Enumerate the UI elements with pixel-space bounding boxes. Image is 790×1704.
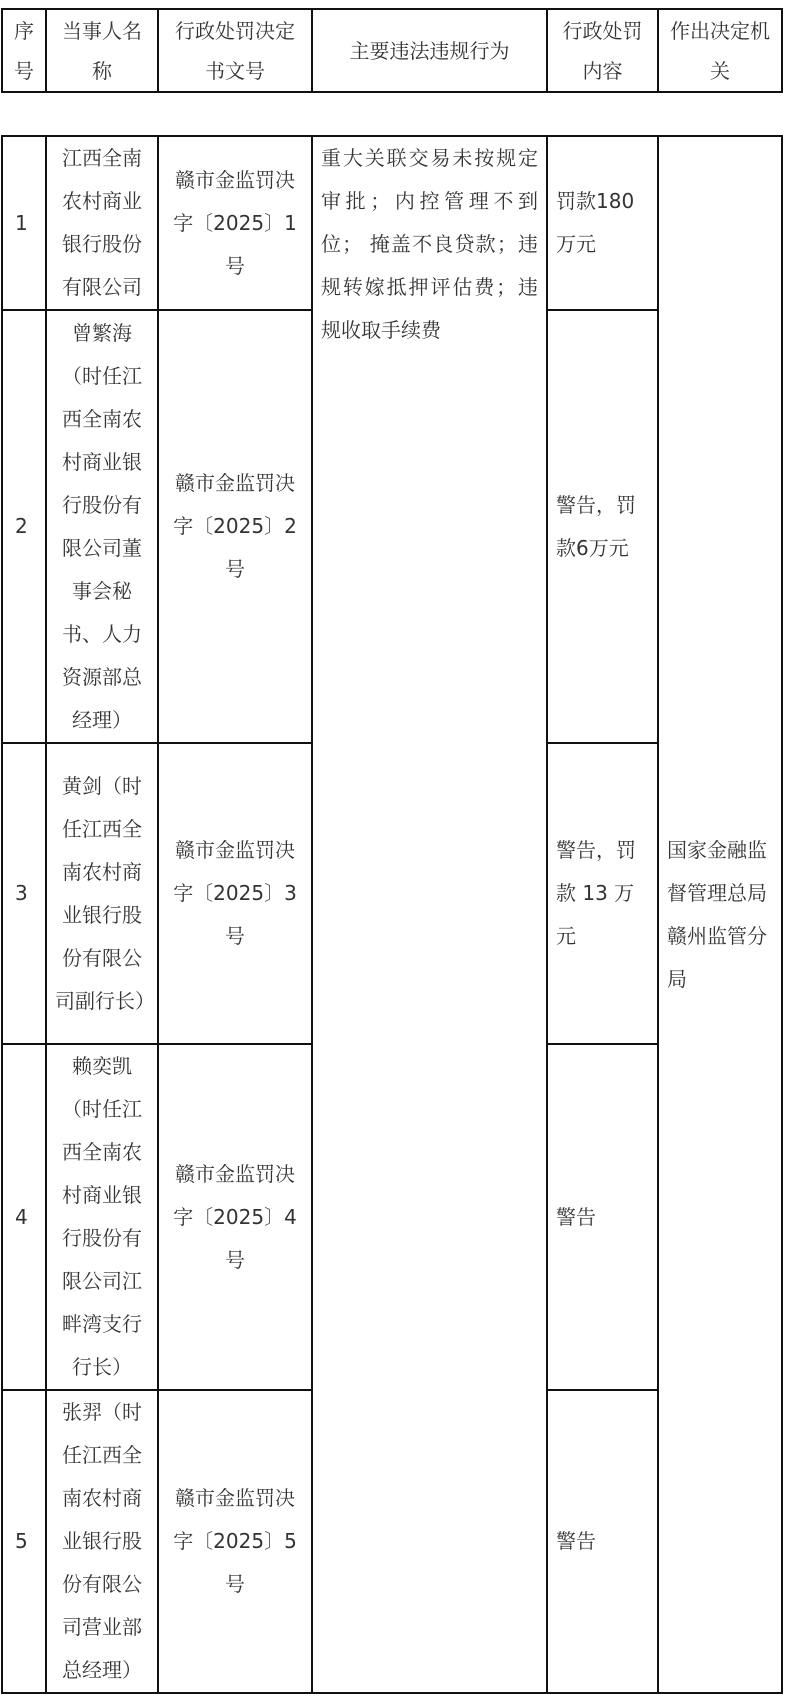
header-authority: 作出决定机关 xyxy=(658,9,782,92)
decision-doc-number: 赣市金监罚决字〔2025〕1号 xyxy=(158,136,312,310)
header-doc-no: 行政处罚决定书文号 xyxy=(158,9,312,92)
row-number: 1 xyxy=(2,136,46,310)
deciding-authority: 国家金融监督管理总局赣州监管分局 xyxy=(658,136,782,1693)
penalty-content: 警告 xyxy=(547,1390,658,1693)
party-name: 曾繁海（时任江西全南农村商业银行股份有限公司董事会秘书、人力资源部总经理） xyxy=(46,310,158,743)
decision-doc-number: 赣市金监罚决字〔2025〕4号 xyxy=(158,1044,312,1390)
penalty-table-body: 1 江西全南农村商业银行股份有限公司 赣市金监罚决字〔2025〕1号 重大关联交… xyxy=(1,135,783,1694)
header-penalty: 行政处罚内容 xyxy=(547,9,658,92)
penalty-content: 警告，罚款 13 万元 xyxy=(547,743,658,1044)
decision-doc-number: 赣市金监罚决字〔2025〕5号 xyxy=(158,1390,312,1693)
header-row: 序号 当事人名称 行政处罚决定书文号 主要违法违规行为 行政处罚内容 作出决定机… xyxy=(2,9,782,92)
penalty-content: 警告 xyxy=(547,1044,658,1390)
header-no: 序号 xyxy=(2,9,46,92)
party-name: 赖奕凯（时任江西全南农村商业银行股份有限公司江畔湾支行行长） xyxy=(46,1044,158,1390)
row-number: 2 xyxy=(2,310,46,743)
row-number: 4 xyxy=(2,1044,46,1390)
party-name: 黄剑（时任江西全南农村商业银行股份有限公司副行长） xyxy=(46,743,158,1044)
row-number: 3 xyxy=(2,743,46,1044)
penalty-content: 罚款180万元 xyxy=(547,136,658,310)
party-name: 江西全南农村商业银行股份有限公司 xyxy=(46,136,158,310)
violation-description: 重大关联交易未按规定审批；内控管理不到位； 掩盖不良贷款；违规转嫁抵押评估费；违… xyxy=(312,136,547,1693)
decision-doc-number: 赣市金监罚决字〔2025〕3号 xyxy=(158,743,312,1044)
header-violation: 主要违法违规行为 xyxy=(312,9,547,92)
decision-doc-number: 赣市金监罚决字〔2025〕2号 xyxy=(158,310,312,743)
row-number: 5 xyxy=(2,1390,46,1693)
penalty-content: 警告，罚款6万元 xyxy=(547,310,658,743)
party-name: 张羿（时任江西全南农村商业银行股份有限公司营业部总经理） xyxy=(46,1390,158,1693)
header-party: 当事人名称 xyxy=(46,9,158,92)
table-row: 1 江西全南农村商业银行股份有限公司 赣市金监罚决字〔2025〕1号 重大关联交… xyxy=(2,136,782,310)
penalty-table-header: 序号 当事人名称 行政处罚决定书文号 主要违法违规行为 行政处罚内容 作出决定机… xyxy=(1,8,783,93)
